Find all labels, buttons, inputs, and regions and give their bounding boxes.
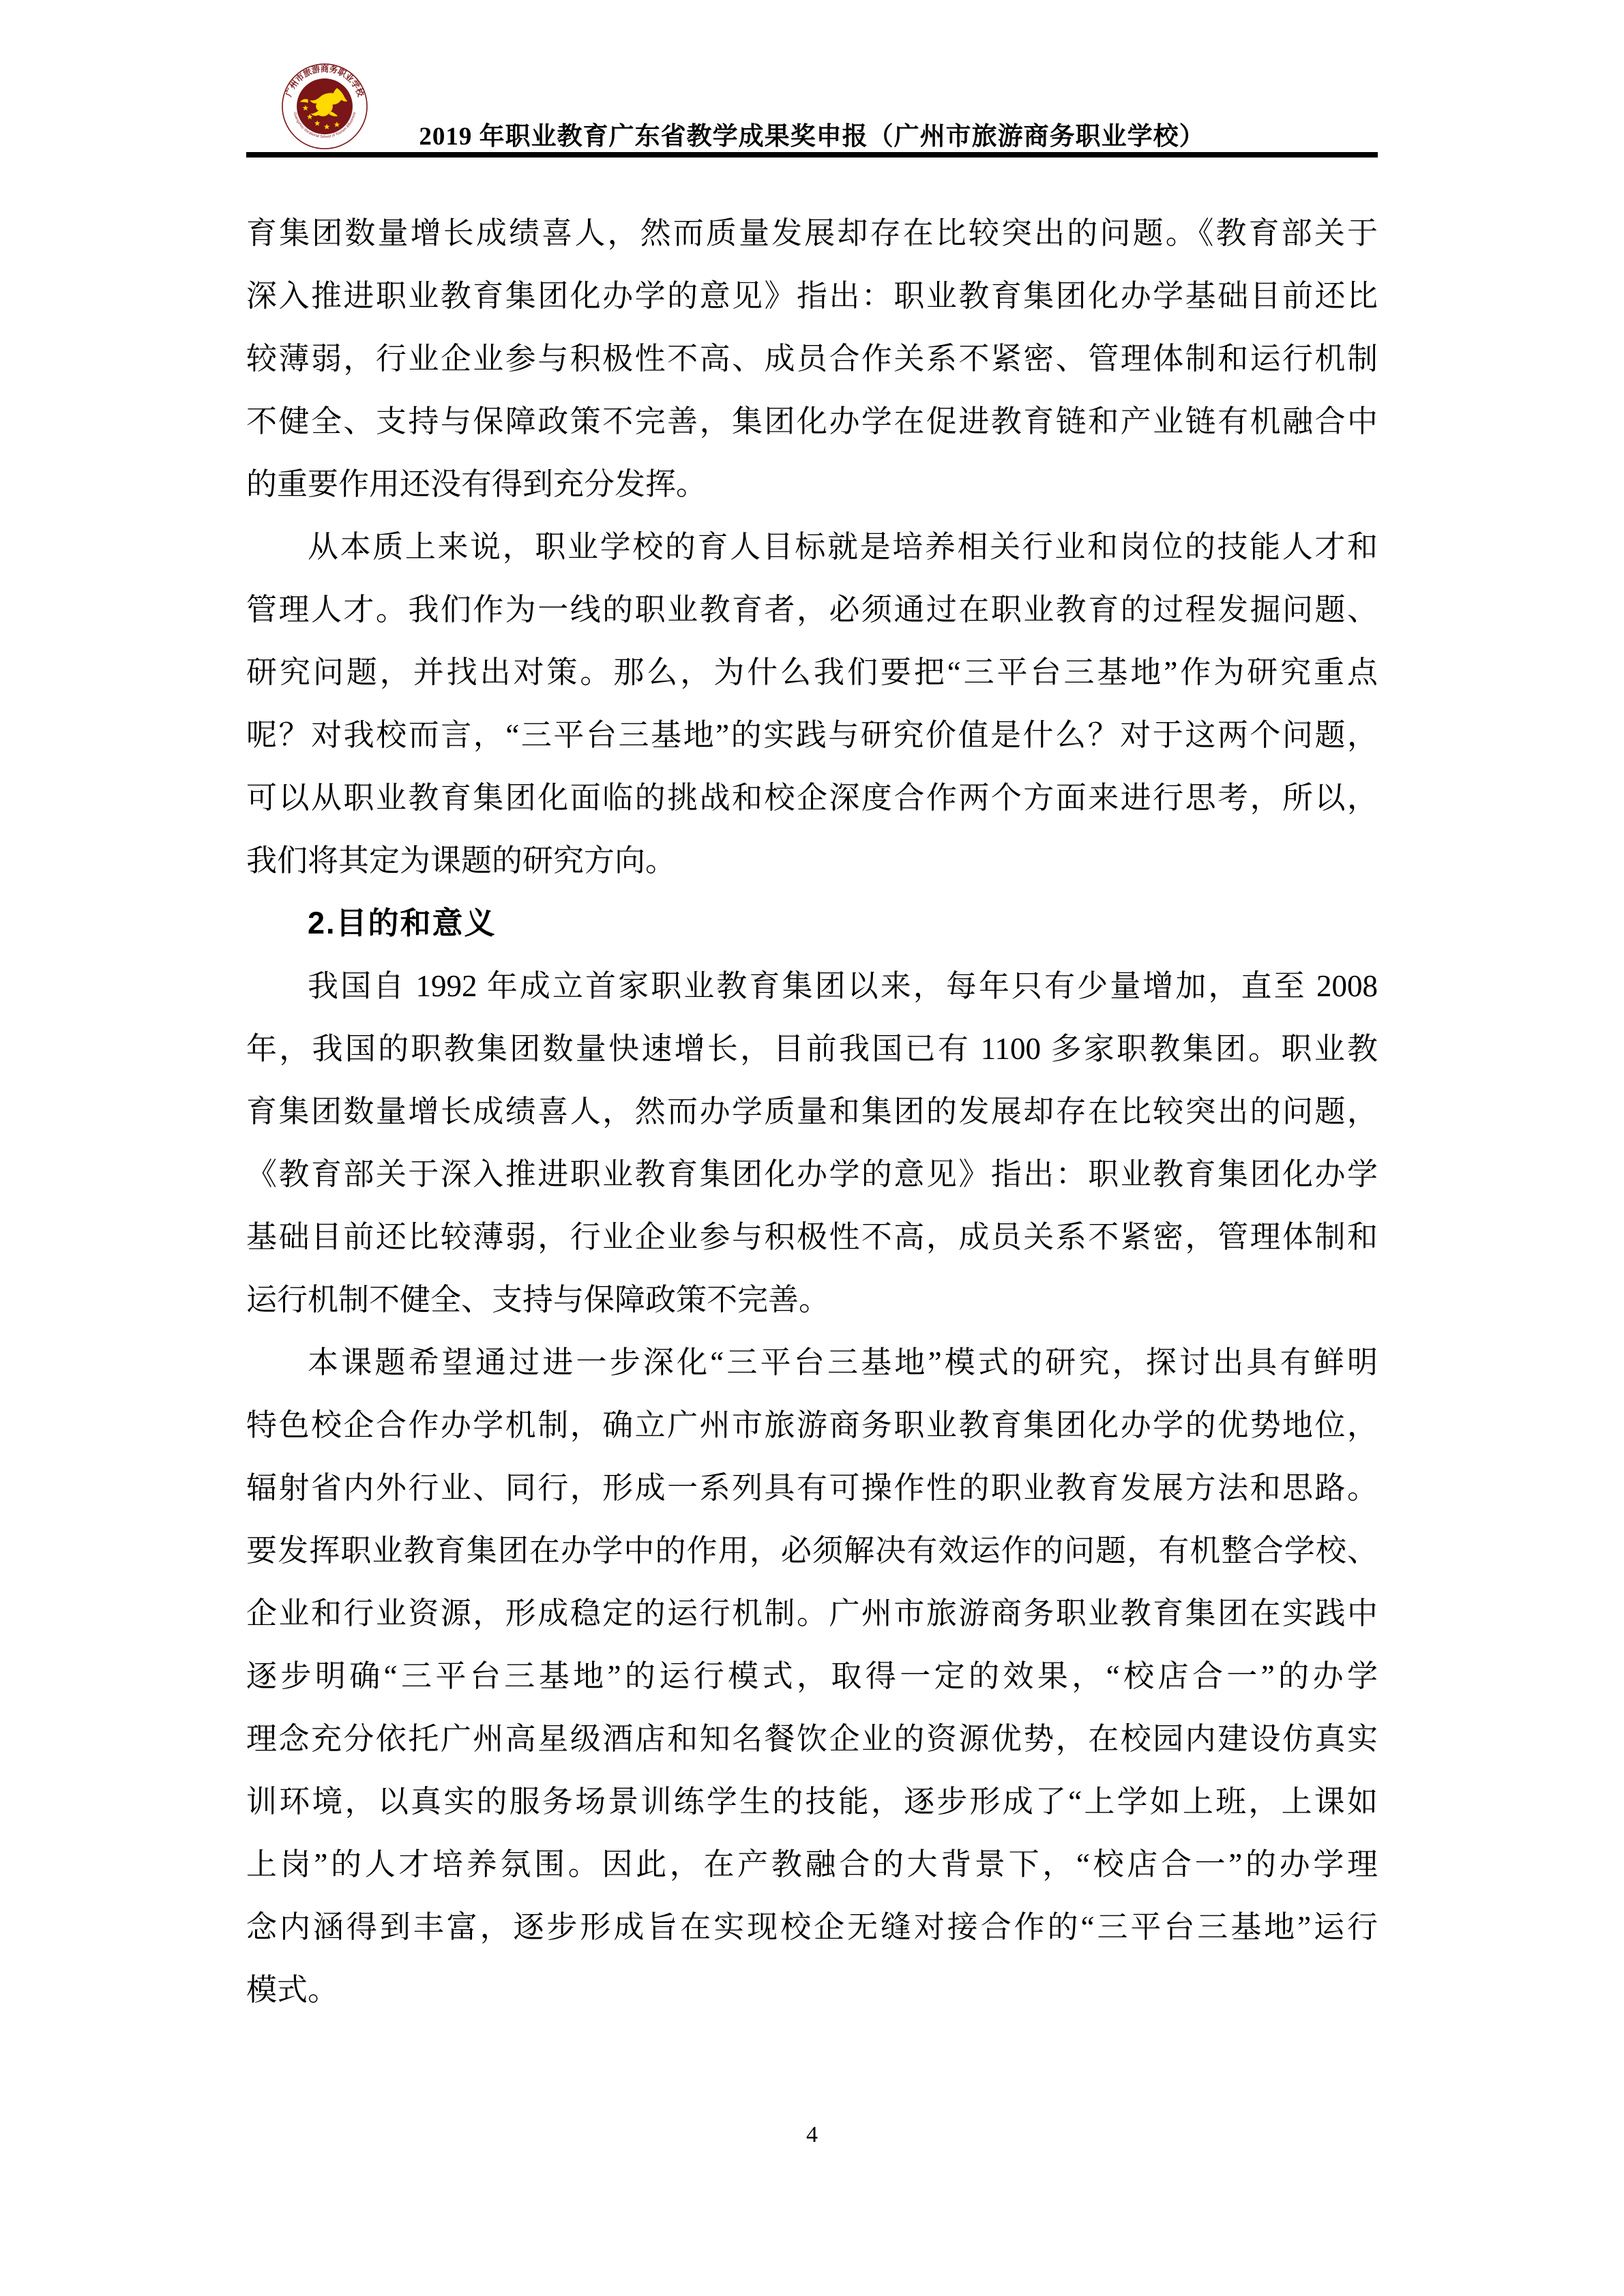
text-line: 理念充分依托广州高星级酒店和知名餐饮企业的资源优势，在校园内建设仿真实 — [246, 1708, 1378, 1770]
text-line: 逐步明确“三平台三基地”的运行模式，取得一定的效果，“校店合一”的办学 — [246, 1645, 1378, 1708]
text-line: 研究问题，并找出对策。那么，为什么我们要把“三平台三基地”作为研究重点 — [246, 641, 1378, 704]
text-line: 深入推进职业教育集团化办学的意见》指出：职业教育集团化办学基础目前还比 — [246, 265, 1378, 327]
header-divider — [246, 152, 1378, 158]
section-heading: 2.目的和意义 — [246, 892, 1378, 955]
text-line: 的重要作用还没有得到充分发挥。 — [246, 453, 1378, 516]
text-line: 年，我国的职教集团数量快速增长，目前我国已有 1100 多家职教集团。职业教 — [246, 1017, 1378, 1080]
text-line: 《教育部关于深入推进职业教育集团化办学的意见》指出：职业教育集团化办学 — [246, 1143, 1378, 1206]
text-line: 模式。 — [246, 1958, 1378, 2021]
text-line: 育集团数量增长成绩喜人，然而质量发展却存在比较突出的问题。《教育部关于 — [246, 202, 1378, 265]
text-line: 不健全、支持与保障政策不完善，集团化办学在促进教育链和产业链有机融合中 — [246, 390, 1378, 453]
text-line: 可以从职业教育集团化面临的挑战和校企深度合作两个方面来进行思考，所以， — [246, 766, 1378, 829]
document-page: 广州市旅游商务职业学校 Guangzhou Vocational School … — [0, 0, 1624, 2296]
text-line: 辐射省内外行业、同行，形成一系列具有可操作性的职业教育发展方法和思路。 — [246, 1457, 1378, 1519]
text-line: 运行机制不健全、支持与保障政策不完善。 — [246, 1268, 1378, 1331]
text-line: 我国自 1992 年成立首家职业教育集团以来，每年只有少量增加，直至 2008 — [246, 955, 1378, 1017]
text-line: 基础目前还比较薄弱，行业企业参与积极性不高，成员关系不紧密，管理体制和 — [246, 1206, 1378, 1268]
text-line: 上岗”的人才培养氛围。因此，在产教融合的大背景下，“校店合一”的办学理 — [246, 1833, 1378, 1896]
page-number: 4 — [0, 2122, 1624, 2148]
text-line: 念内涵得到丰富，逐步形成旨在实现校企无缝对接合作的“三平台三基地”运行 — [246, 1896, 1378, 1958]
text-line: 从本质上来说，职业学校的育人目标就是培养相关行业和岗位的技能人才和 — [246, 516, 1378, 578]
text-line: 育集团数量增长成绩喜人，然而办学质量和集团的发展却存在比较突出的问题， — [246, 1080, 1378, 1143]
text-line: 企业和行业资源，形成稳定的运行机制。广州市旅游商务职业教育集团在实践中 — [246, 1582, 1378, 1645]
text-line: 要发挥职业教育集团在办学中的作用，必须解决有效运作的问题，有机整合学校、 — [246, 1519, 1378, 1582]
text-line: 管理人才。我们作为一线的职业教育者，必须通过在职业教育的过程发掘问题、 — [246, 578, 1378, 641]
text-line: 较薄弱，行业企业参与积极性不高、成员合作关系不紧密、管理体制和运行机制 — [246, 327, 1378, 390]
text-line: 呢？对我校而言，“三平台三基地”的实践与研究价值是什么？对于这两个问题， — [246, 704, 1378, 766]
text-line: 训环境，以真实的服务场景训练学生的技能，逐步形成了“上学如上班，上课如 — [246, 1770, 1378, 1833]
text-line: 特色校企合作办学机制，确立广州市旅游商务职业教育集团化办学的优势地位， — [246, 1394, 1378, 1457]
text-line: 本课题希望通过进一步深化“三平台三基地”模式的研究，探讨出具有鲜明 — [246, 1331, 1378, 1394]
text-line: 我们将其定为课题的研究方向。 — [246, 829, 1378, 892]
header-title: 2019 年职业教育广东省教学成果奖申报（广州市旅游商务职业学校） — [0, 115, 1624, 152]
document-body: 育集团数量增长成绩喜人，然而质量发展却存在比较突出的问题。《教育部关于深入推进职… — [246, 202, 1378, 2021]
